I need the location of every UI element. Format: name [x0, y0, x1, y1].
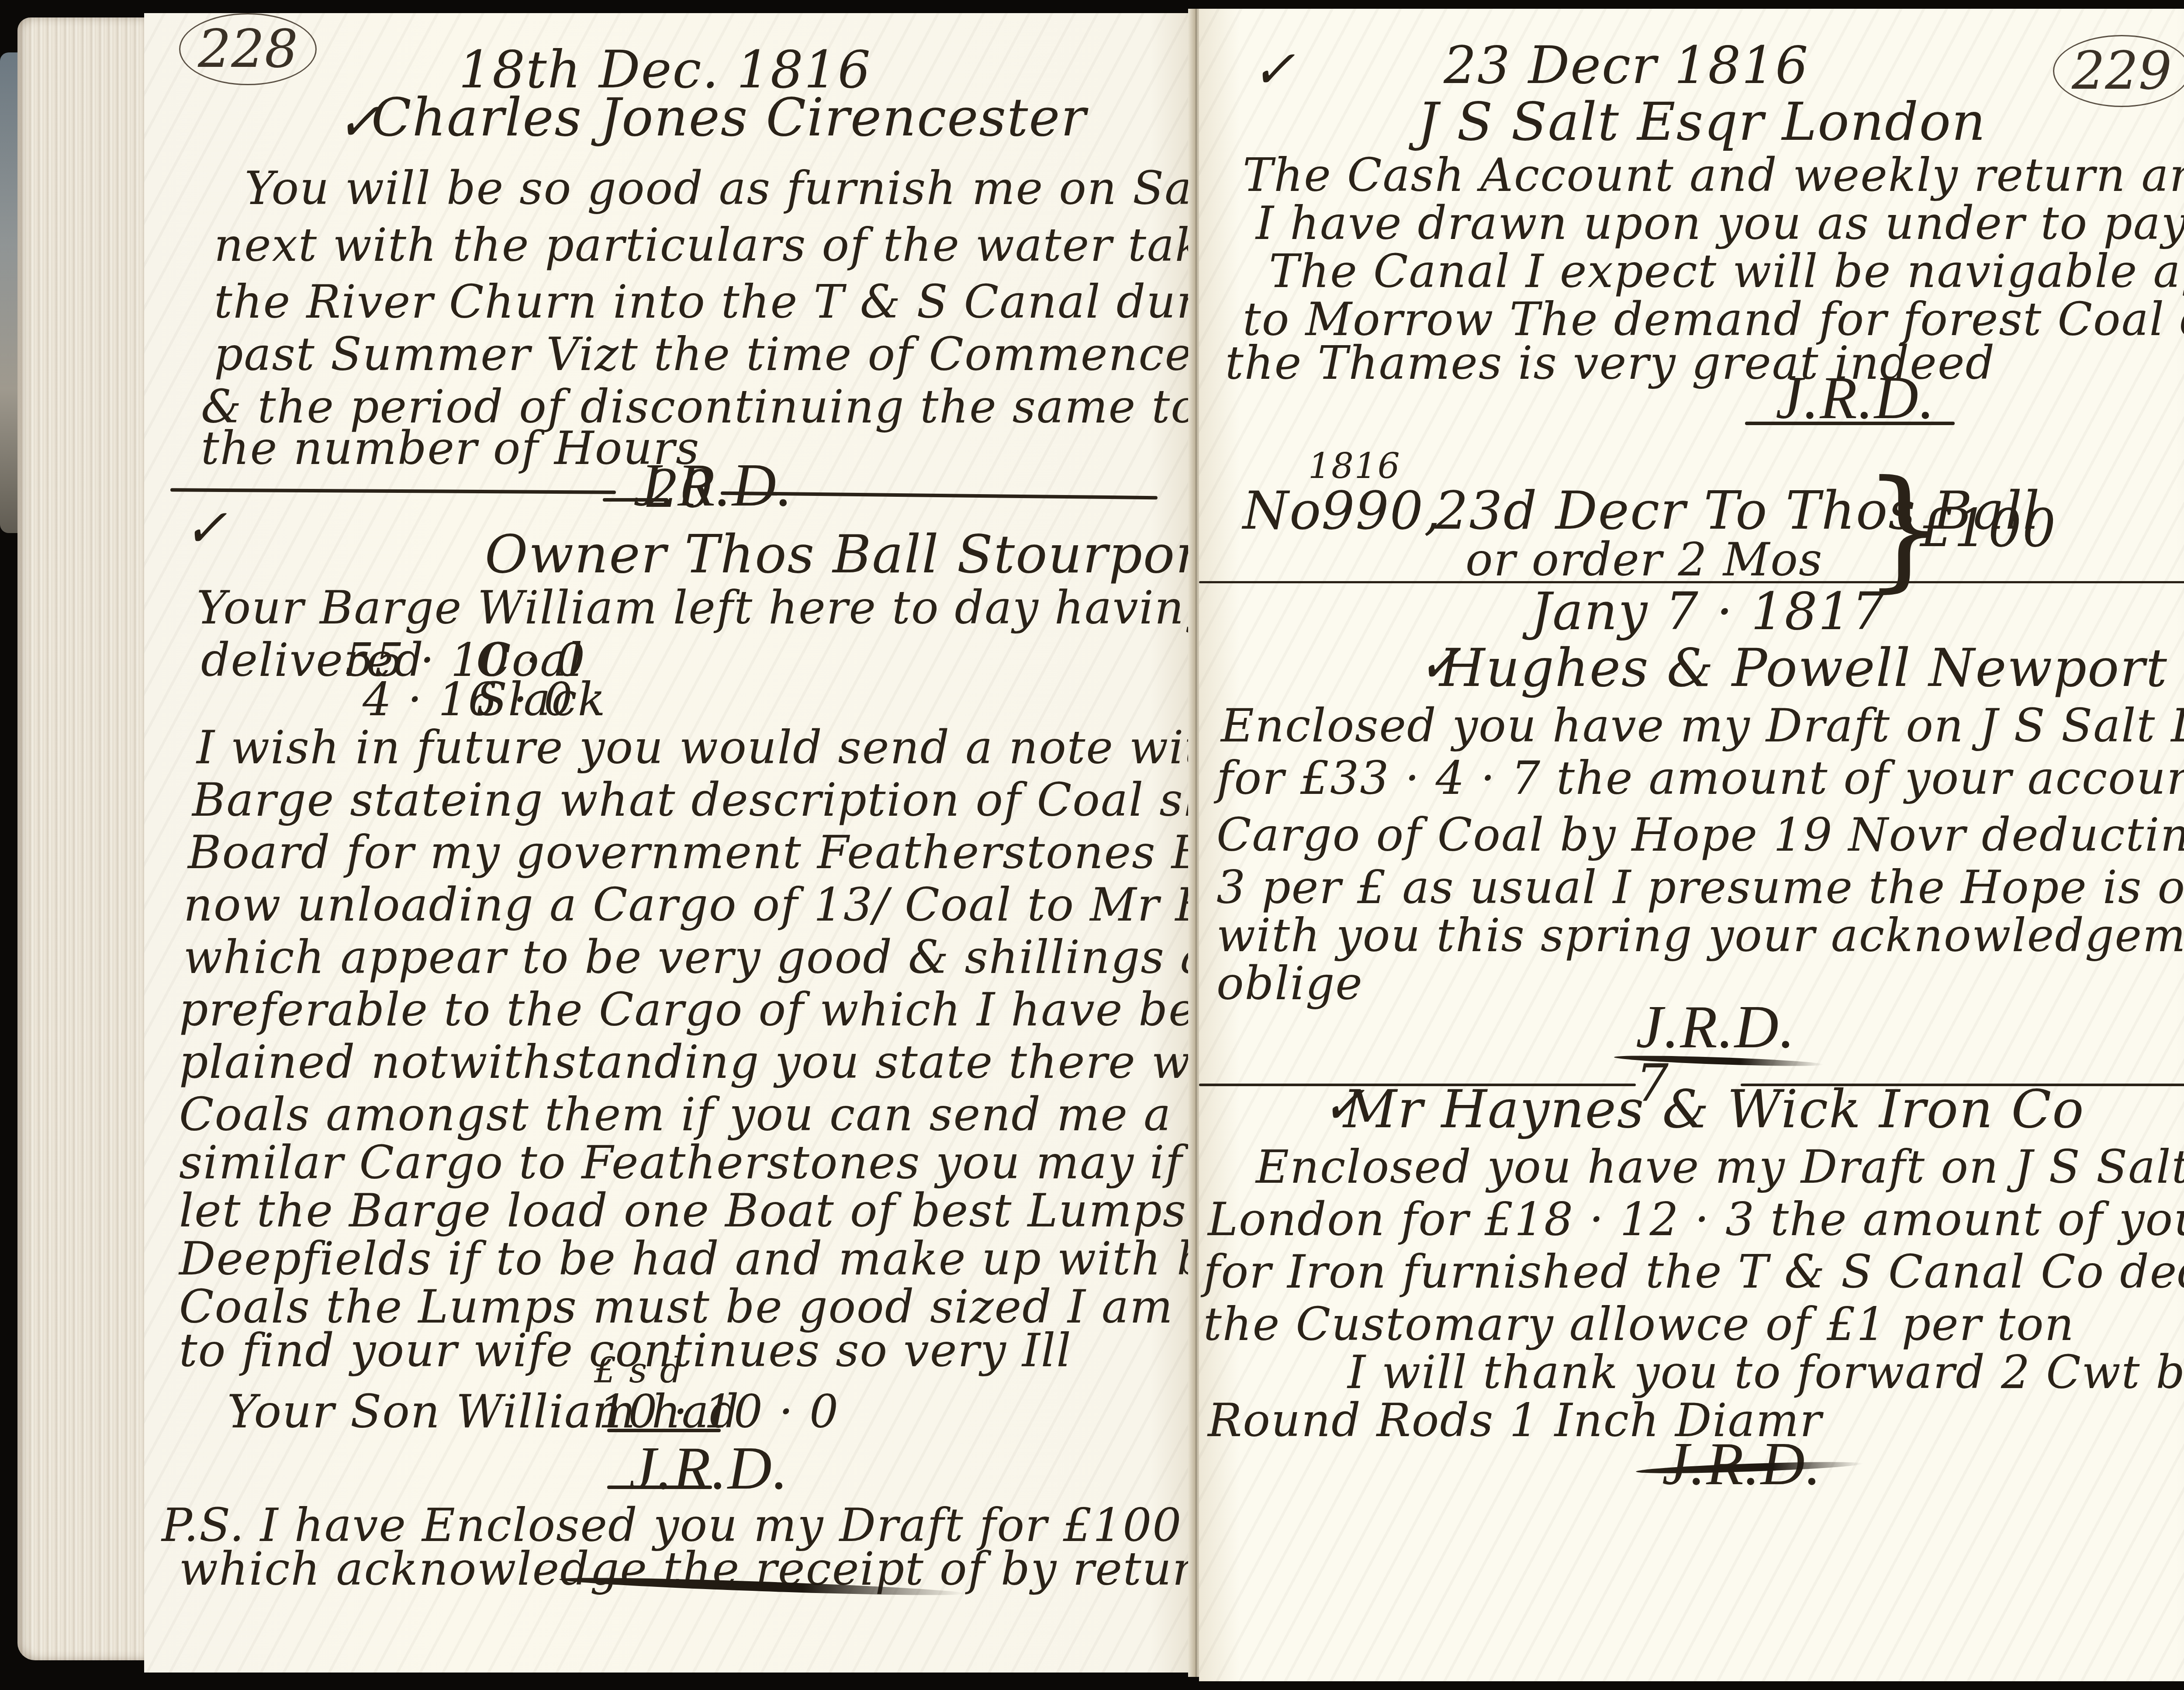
body-line: The Cash Account and weekly return are e…	[1243, 149, 2184, 202]
body-line: I will thank you to forward 2 Cwt best	[1348, 1346, 2184, 1399]
open-ledger-book: 228 18th Dec. 1816 ✓ Charles Jones Ciren…	[0, 0, 2184, 1690]
body-line: let the Barge load one Boat of best Lump…	[179, 1184, 1187, 1237]
entry-addressee: Mr Haynes & Wick Iron Co	[1343, 1079, 2085, 1140]
entry-date: Jany 7 · 1817	[1531, 581, 1886, 641]
left-page: 228 18th Dec. 1816 ✓ Charles Jones Ciren…	[144, 13, 1192, 1673]
body-line: past Summer Vizt the time of Commencemen…	[214, 328, 1313, 381]
draft-line: or order 2 Mos	[1465, 533, 1823, 586]
body-line: for £33 · 4 · 7 the amount of your accou…	[1216, 751, 2184, 805]
body-line: the number of Hours	[201, 422, 700, 475]
draft-number-label: No	[1243, 481, 1322, 541]
body-line: Enclosed you have my Draft on J S Salt L…	[1221, 699, 2184, 752]
right-page: 229 ✓ 23 Decr 1816 J S Salt Esqr London …	[1199, 9, 2184, 1681]
signature-underline	[1745, 422, 1955, 425]
page-number-right: 229	[2053, 35, 2184, 107]
body-line: Cargo of Coal by Hope 19 Novr deducting …	[1216, 808, 2184, 862]
left-page-edges	[17, 17, 149, 1660]
body-line: the Customary allowce of £1 per ton	[1203, 1298, 2075, 1351]
body-line: oblige	[1216, 957, 1363, 1010]
body-line: now unloading a Cargo of 13/ Coal to Mr …	[183, 878, 1316, 932]
body-line: similar Cargo to Featherstones you may i…	[179, 1136, 1275, 1189]
signature-underline	[607, 1486, 712, 1489]
draft-amount: £100	[1920, 498, 2056, 559]
amount-underline	[607, 1429, 721, 1432]
entry-date: 20	[646, 459, 714, 519]
body-line: 3 per £ as usual I presume the Hope is o…	[1216, 861, 2184, 914]
draft-number: 990,	[1321, 481, 1441, 541]
body-line: Your Barge William left here to day havi…	[197, 581, 1215, 634]
body-line: I wish in future you would send a note w…	[197, 721, 1326, 774]
body-line: Coals amongst them if you can send me a	[179, 1088, 1171, 1141]
signature: J.R.D.	[1636, 992, 1796, 1062]
page-number-left: 228	[179, 13, 317, 85]
body-line: which appear to be very good & shillings…	[183, 931, 1301, 984]
body-line: with you this spring your acknowledgemen…	[1216, 909, 2184, 962]
entry-date: 23 Decr 1816	[1444, 35, 1809, 95]
body-line: The Canal I expect will be navigable aga…	[1269, 245, 2184, 298]
entry-addressee: Charles Jones Cirencester	[371, 87, 1087, 148]
check-mark-icon: ✓	[1251, 39, 1296, 100]
body-line: I have drawn upon you as under to pay fo…	[1256, 197, 2184, 250]
body-line: Enclosed you have my Draft on J S Salt	[1256, 1140, 2184, 1194]
body-line: You will be so good as furnish me on Sat…	[245, 162, 1349, 215]
entry-addressee: J S Salt Esqr London	[1417, 92, 1986, 152]
entry-addressee: Owner Thos Ball Stourport	[485, 524, 1223, 585]
signature: J.R.D.	[629, 1433, 789, 1503]
check-mark-icon: ✓	[183, 498, 228, 559]
body-line: for Iron furnished the T & S Canal Co de…	[1203, 1245, 2184, 1299]
entry-addressee: Hughes & Powell Newport	[1439, 638, 2168, 699]
delivered-item: Slack	[476, 673, 606, 726]
entry-divider	[170, 488, 616, 494]
body-line: London for £18 · 12 · 3 the amount of yo…	[1208, 1193, 2184, 1246]
